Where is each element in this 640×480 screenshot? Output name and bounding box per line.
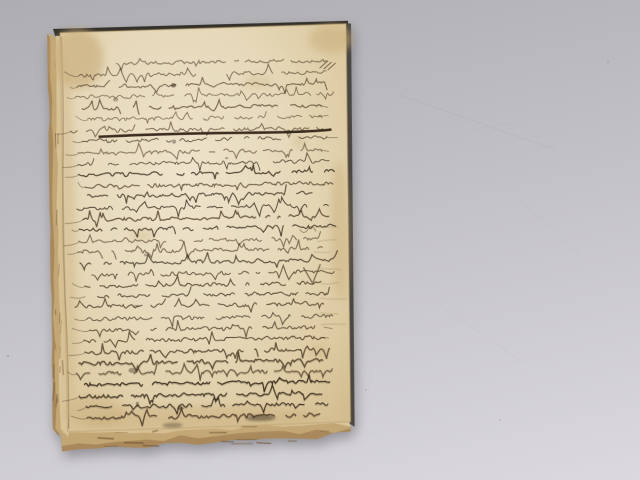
manuscript — [47, 21, 361, 459]
photo-scene — [0, 0, 640, 480]
manuscript-rendering — [47, 21, 361, 459]
